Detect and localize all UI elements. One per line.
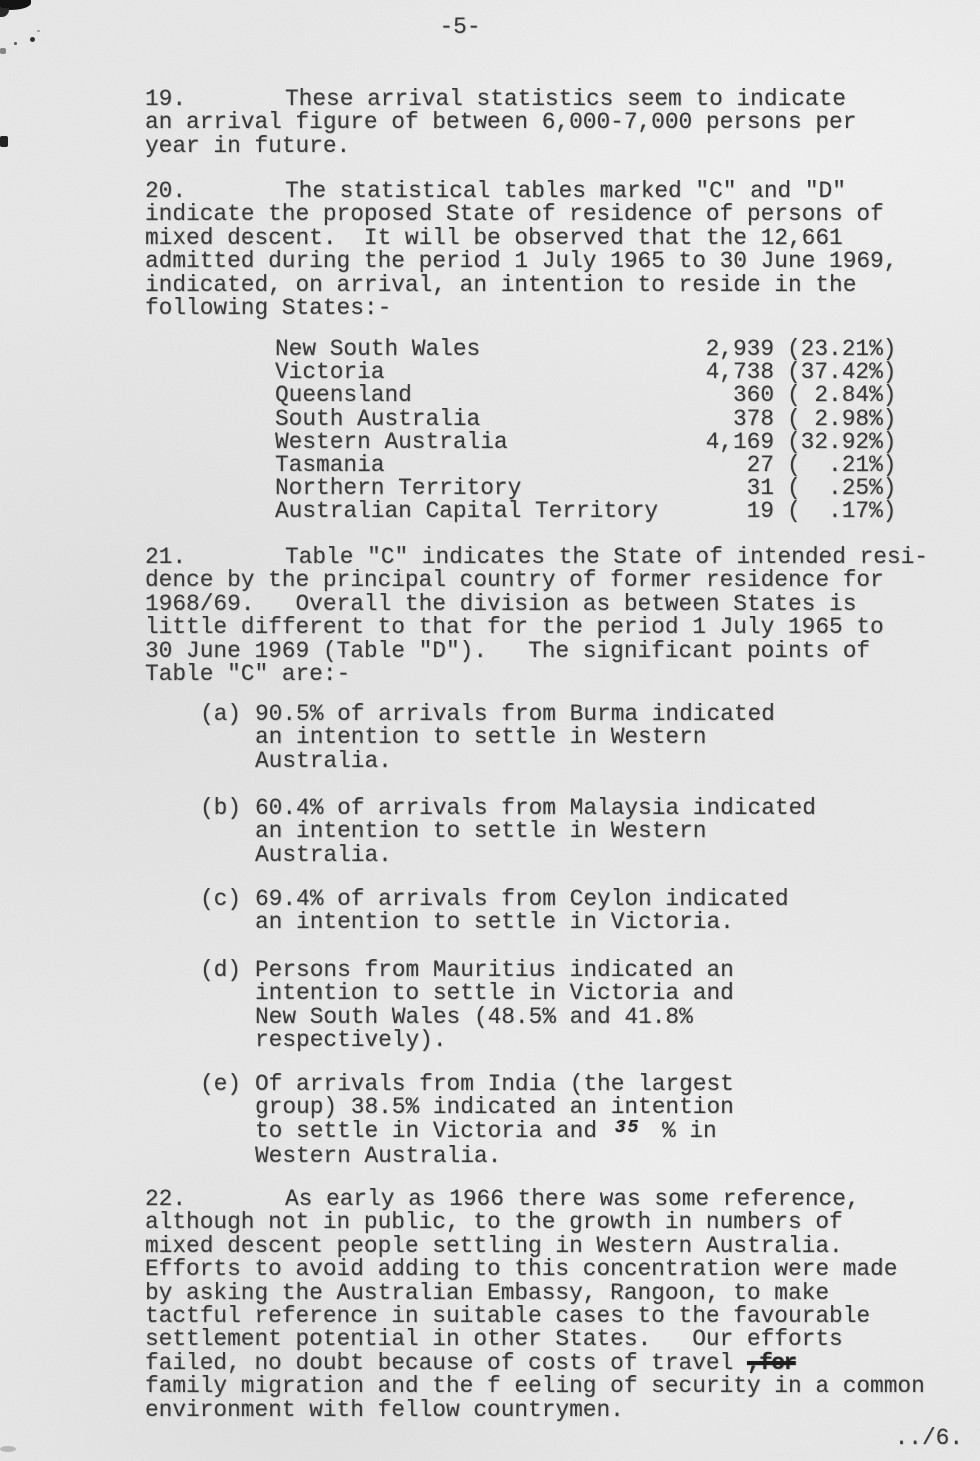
state-percentage: ( .21%) — [787, 454, 896, 477]
paragraph-21: 21. Table "C" indicates the State of int… — [145, 546, 955, 686]
scan-artifact — [37, 30, 40, 32]
point-a-text: 90.5% of arrivals from Burma indicated a… — [255, 703, 840, 773]
state-count: 4,169 — [705, 431, 774, 454]
document-page: -5- 19. These arrival statistics seem to… — [0, 0, 980, 1461]
point-e-marker: (e) — [200, 1073, 241, 1096]
scan-artifact — [0, 48, 6, 54]
paragraph-22-text-after: family migration and the f eeling of sec… — [145, 1375, 955, 1422]
point-c: (c) 69.4% of arrivals from Ceylon indica… — [200, 888, 840, 935]
paragraph-21-number: 21. — [145, 546, 186, 569]
paragraph-22-text-before: As early as 1966 there was some referenc… — [145, 1186, 897, 1376]
state-name: Northern Territory — [275, 477, 705, 500]
paragraph-19-number: 19. — [145, 88, 186, 111]
state-name: South Australia — [275, 408, 705, 431]
point-a: (a) 90.5% of arrivals from Burma indicat… — [200, 703, 840, 773]
state-count: 378 — [705, 408, 774, 431]
states-table: New South Wales2,939(23.21%) Victoria4,7… — [275, 338, 896, 524]
page-number: -5- — [0, 16, 920, 39]
state-percentage: (32.92%) — [787, 431, 896, 454]
paragraph-22: 22. As early as 1966 there was some refe… — [145, 1188, 955, 1422]
point-d-marker: (d) — [200, 959, 241, 982]
state-count: 31 — [705, 477, 774, 500]
state-count: 27 — [705, 454, 774, 477]
state-count: 360 — [705, 384, 774, 407]
states-table-row: South Australia378( 2.98%) — [275, 408, 896, 431]
paragraph-20: 20. The statistical tables marked "C" an… — [145, 180, 955, 320]
state-count: 4,738 — [705, 361, 774, 384]
paragraph-22-number: 22. — [145, 1188, 186, 1211]
state-name: Australian Capital Territory — [275, 500, 705, 523]
paragraph-22-text: As early as 1966 there was some referenc… — [145, 1188, 955, 1422]
state-name: New South Wales — [275, 338, 705, 361]
state-percentage: ( 2.98%) — [787, 408, 896, 431]
state-percentage: (23.21%) — [787, 338, 896, 361]
scan-artifact — [0, 136, 8, 147]
state-percentage: ( .17%) — [787, 500, 896, 523]
point-a-marker: (a) — [200, 703, 241, 726]
point-e: (e) Of arrivals from India (the largest … — [200, 1073, 840, 1169]
scan-artifact — [30, 37, 35, 42]
states-table-row: Queensland360( 2.84%) — [275, 384, 896, 407]
paragraph-19: 19. These arrival statistics seem to ind… — [145, 88, 955, 158]
paragraph-20-number: 20. — [145, 180, 186, 203]
struck-out-word: ,for — [747, 1350, 796, 1376]
point-b-marker: (b) — [200, 797, 241, 820]
handwritten-percentage: 35 — [615, 1118, 641, 1138]
state-name: Queensland — [275, 384, 705, 407]
point-b: (b) 60.4% of arrivals from Malaysia indi… — [200, 797, 840, 867]
scan-artifact — [0, 1446, 16, 1452]
paragraph-20-text: The statistical tables marked "C" and "D… — [145, 180, 955, 320]
point-c-text: 69.4% of arrivals from Ceylon indicated … — [255, 888, 840, 935]
states-table-row: Australian Capital Territory19( .17%) — [275, 500, 896, 523]
states-table-row: Tasmania27( .21%) — [275, 454, 896, 477]
scan-artifact — [14, 42, 17, 45]
point-d-text: Persons from Mauritius indicated an inte… — [255, 959, 840, 1053]
paragraph-21-text: Table "C" indicates the State of intende… — [145, 546, 955, 686]
state-name: Tasmania — [275, 454, 705, 477]
continuation-mark: ../6. — [0, 1427, 963, 1450]
states-table-row: Western Australia4,169(32.92%) — [275, 431, 896, 454]
point-c-marker: (c) — [200, 888, 241, 911]
states-table-row: Victoria4,738(37.42%) — [275, 361, 896, 384]
state-name: Western Australia — [275, 431, 705, 454]
state-percentage: (37.42%) — [787, 361, 896, 384]
state-percentage: ( .25%) — [787, 477, 896, 500]
point-e-text: Of arrivals from India (the largest grou… — [255, 1073, 840, 1169]
states-table-row: New South Wales2,939(23.21%) — [275, 338, 896, 361]
state-percentage: ( 2.84%) — [787, 384, 896, 407]
state-name: Victoria — [275, 361, 705, 384]
state-count: 2,939 — [705, 338, 774, 361]
state-count: 19 — [705, 500, 774, 523]
paragraph-19-text: These arrival statistics seem to indicat… — [145, 88, 955, 158]
point-b-text: 60.4% of arrivals from Malaysia indicate… — [255, 797, 840, 867]
point-d: (d) Persons from Mauritius indicated an … — [200, 959, 840, 1053]
states-table-row: Northern Territory31( .25%) — [275, 477, 896, 500]
